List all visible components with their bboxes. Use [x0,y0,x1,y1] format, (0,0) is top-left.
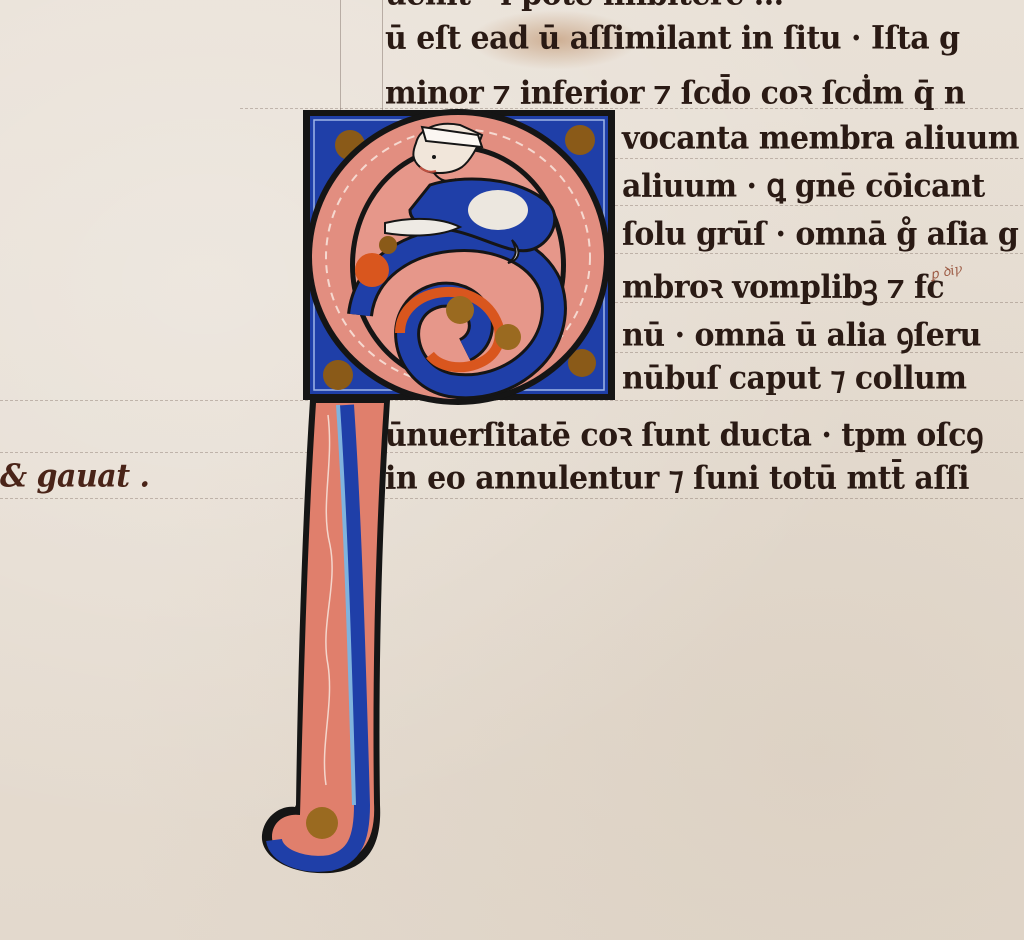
vertical-ruling [382,0,383,110]
text-line-9: nūbuſ caput ⁊ collum [622,360,967,397]
gold-boss-icon [495,324,521,350]
illuminated-initial-p [250,105,630,885]
text-line-2: ū eſt ead ū aſſimilant in ſitu · Iſta g [385,20,960,57]
marginal-annotation: ꝑ ꝺiꝩ [928,259,963,283]
vertical-ruling [340,0,341,110]
text-line-6: ſolu grūſ · omnā g̊ aſia g [622,216,1018,253]
horizontal-ruling [615,253,1024,254]
text-line-7: mbroꝛ vomplibꝫ ⁊ fc [622,264,944,307]
horizontal-ruling [615,205,1024,206]
text-line-1: uenit · ī potē illibitere ... [385,0,784,13]
horizontal-ruling [615,158,1024,159]
gold-boss-icon [306,807,338,839]
marginal-text: & gauat . [0,458,149,495]
orange-boss-icon [355,253,389,287]
manuscript-page: uenit · ī potē illibitere ... ū eſt ead … [0,0,1024,940]
text-line-8: nū · omnā ū alia ꝯſeru [622,312,981,355]
initial-artwork [250,105,630,885]
text-line-4: vocanta membra aliuum [622,120,1019,157]
gold-boss-icon [446,296,474,324]
text-line-5: aliuum · ꝗ gnē cōicant [622,168,985,205]
